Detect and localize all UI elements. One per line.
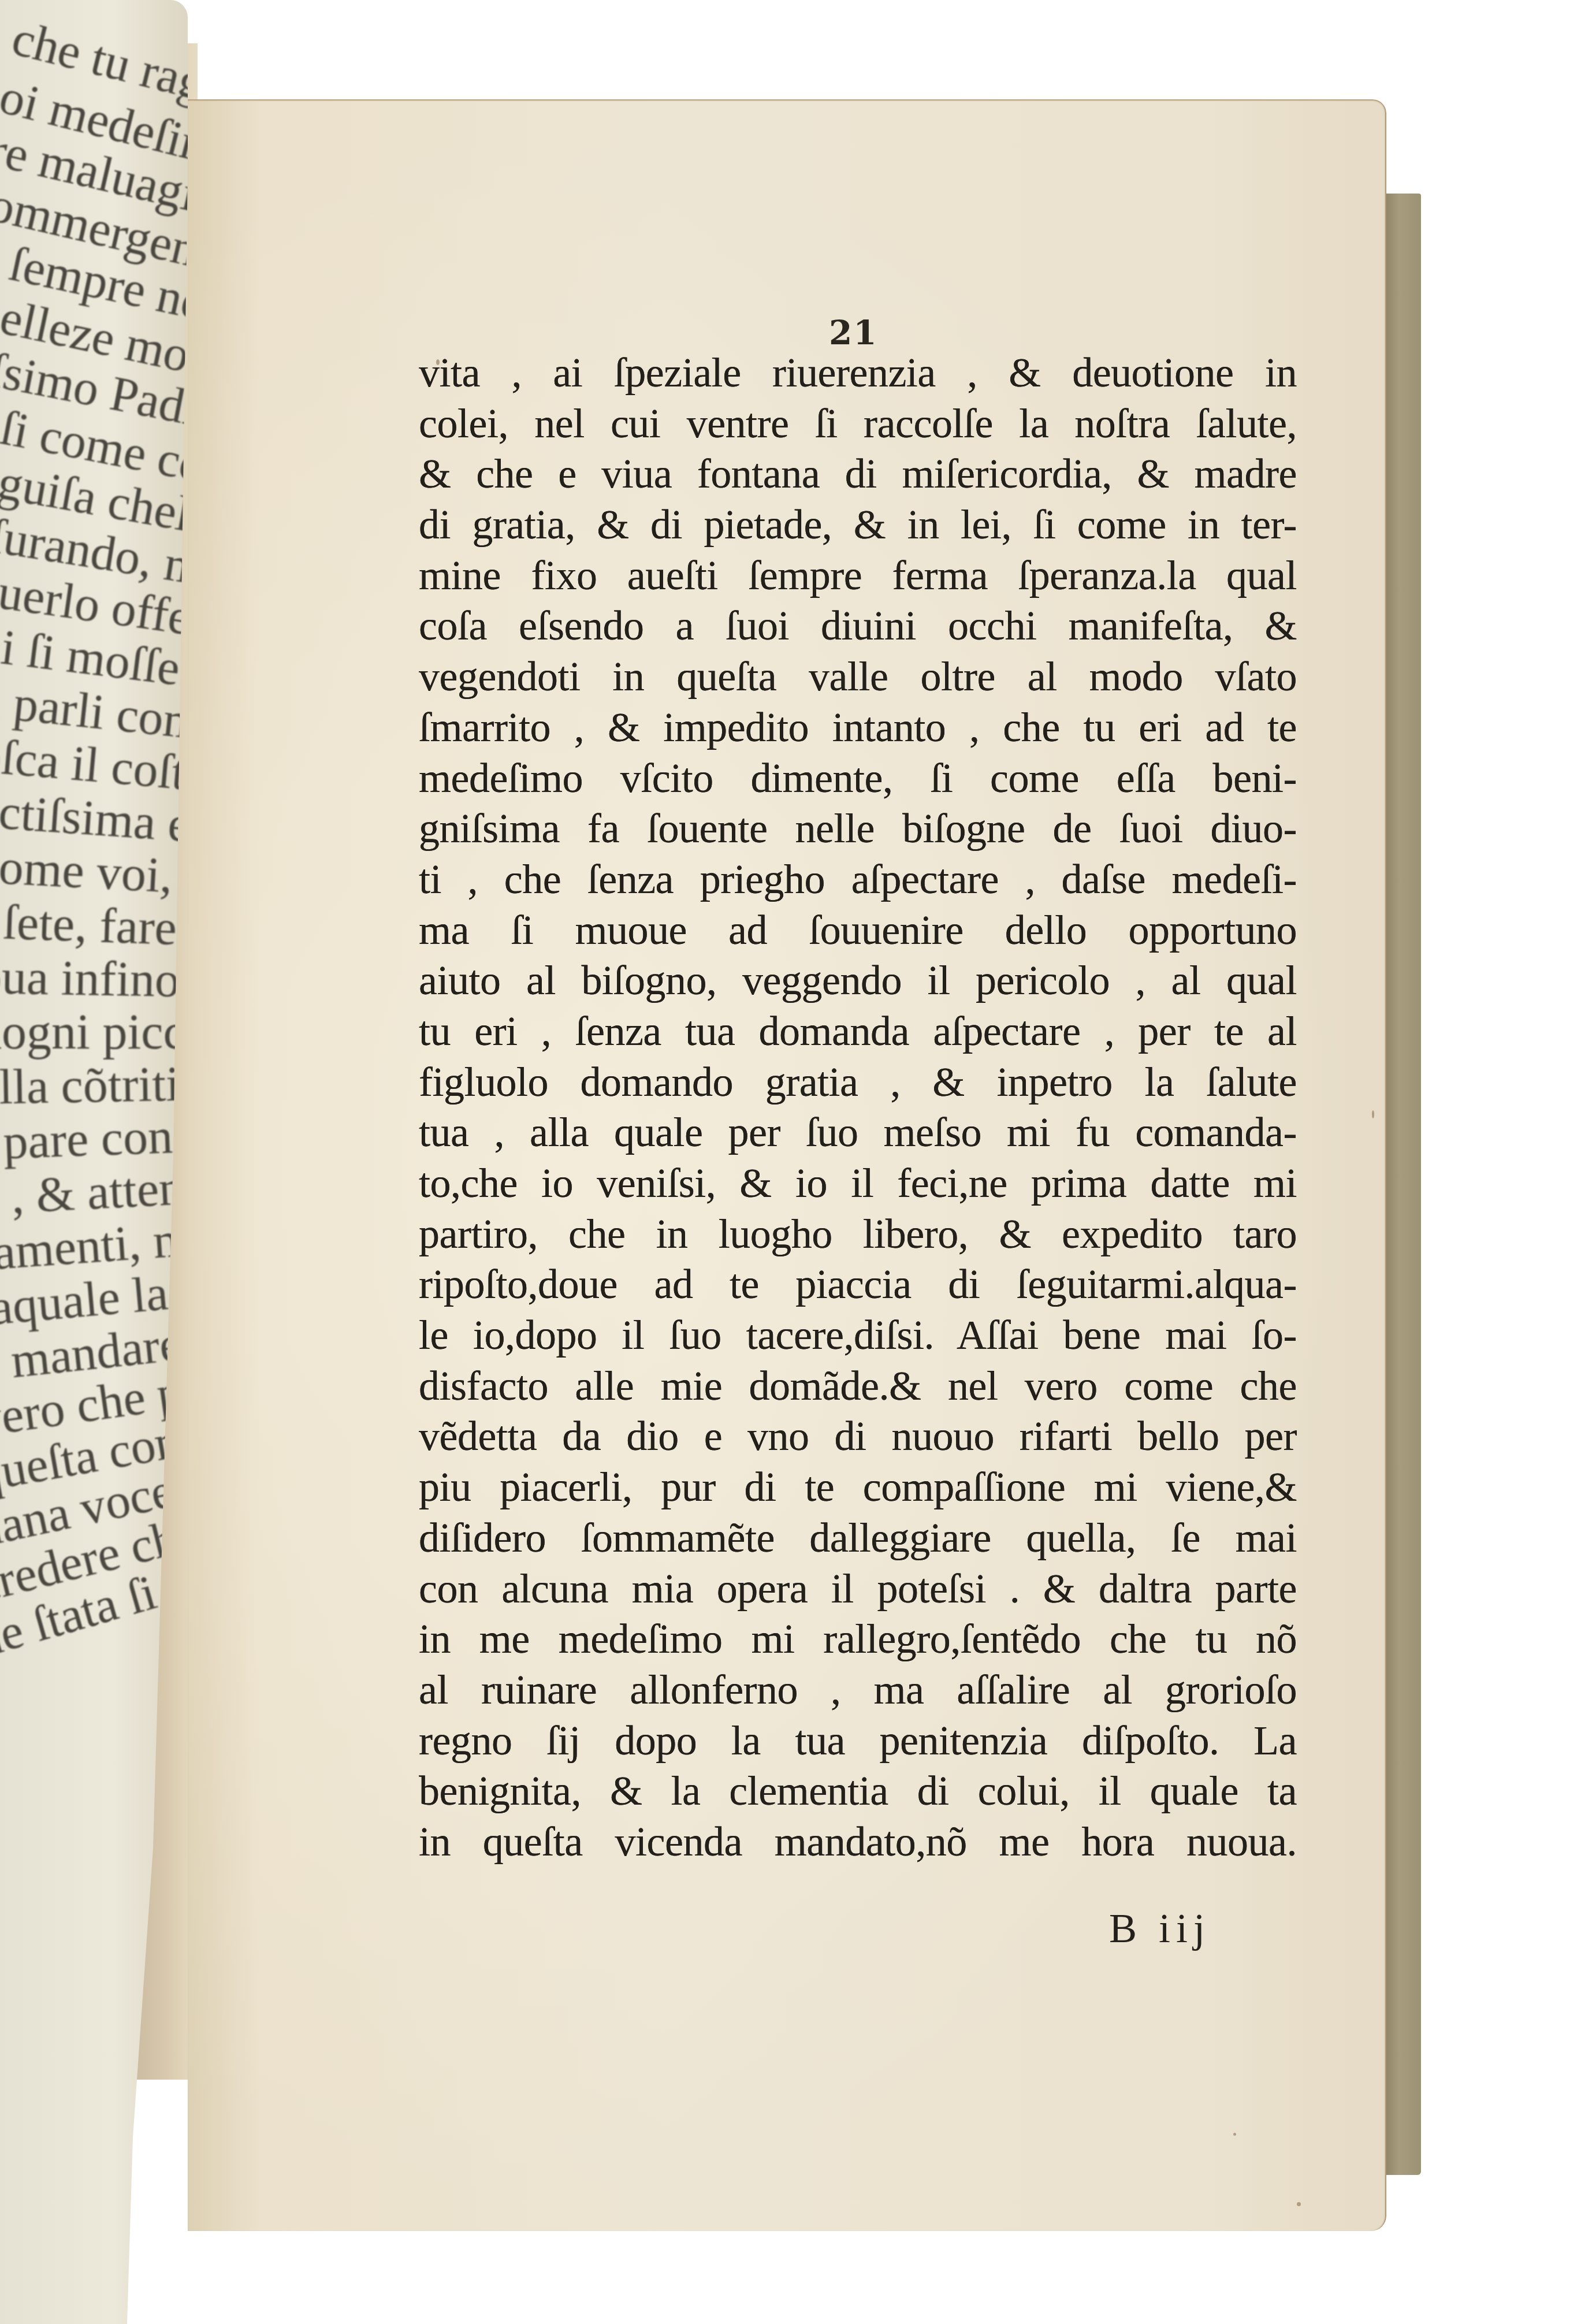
text-line: le io,dopo il ſuo tacere,diſsi. Aſſai be…: [419, 1310, 1297, 1361]
signature-mark: B iij: [1109, 1905, 1211, 1953]
facing-line: dogni piccola: [0, 1004, 188, 1059]
text-line: figluolo domando gratia , & inpetro la ſ…: [419, 1057, 1297, 1108]
paper-speck: [436, 359, 440, 365]
facing-line: i ſete, fare:nellen: [0, 893, 188, 957]
text-line: di gratia, & di pietade, & in lei, ſi co…: [419, 500, 1297, 551]
text-line: vẽdetta da dio e vno di nuouo rifarti be…: [419, 1411, 1297, 1462]
text-line: aiuto al biſogno, veggendo il pericolo ,…: [419, 955, 1297, 1006]
text-line: gniſsima fa ſouente nelle biſogne de ſuo…: [419, 804, 1297, 854]
facing-line: ella cõtritione: [0, 1055, 188, 1115]
page-number: 21: [829, 313, 878, 352]
text-line: con alcuna mia opera il poteſsi . & dalt…: [419, 1564, 1297, 1615]
text-line: diſidero ſommamẽte dalleggiare quella, ſ…: [419, 1513, 1297, 1564]
facing-line: oua infino ad ta: [0, 949, 188, 1008]
paper-speck: [1297, 2202, 1301, 2206]
text-line: vita , ai ſpeziale riuerenzia , & deuoti…: [419, 348, 1297, 399]
text-line: regno ſij dopo la tua penitenzia diſpoſt…: [419, 1716, 1297, 1767]
text-line: colei, nel cui ventre ſi raccolſe la noſ…: [419, 399, 1297, 449]
text-line: disfacto alle mie domãde.& nel vero come…: [419, 1361, 1297, 1412]
text-line: to,che io veniſsi, & io il feci,ne prima…: [419, 1158, 1297, 1209]
text-line: benignita, & la clementia di colui, il q…: [419, 1766, 1297, 1817]
text-line: al ruinare allonferno , ma aſſalire al g…: [419, 1665, 1297, 1716]
facing-page-text: , che tu ragiona noi medeſimi non tre ma…: [0, 6, 188, 1669]
text-line: partiro, che in luogho libero, & expedit…: [419, 1209, 1297, 1260]
paper-speck: [1372, 1110, 1374, 1118]
text-line: in queſta vicenda mandato,nõ me hora nuo…: [419, 1817, 1297, 1868]
text-line: piu piacerli, pur di te compaſſione mi v…: [419, 1462, 1297, 1513]
text-line: vegendoti in queſta valle oltre al modo …: [419, 652, 1297, 702]
text-line: ſmarrito , & impedito intanto , che tu e…: [419, 702, 1297, 753]
book-back-cover: [1385, 194, 1421, 2175]
paper-speck: [1233, 2133, 1236, 2136]
text-line: tu eri , ſenza tua domanda aſpectare , p…: [419, 1006, 1297, 1057]
text-line: & che e viua fontana di miſericordia, & …: [419, 449, 1297, 500]
text-line: ti , che ſenza priegho aſpectare , daſse…: [419, 854, 1297, 905]
text-line: tua , alla quale per ſuo meſso mi fu com…: [419, 1107, 1297, 1158]
text-line: coſa eſsendo a ſuoi diuini occhi manifeſ…: [419, 601, 1297, 652]
text-line: medeſimo vſcito dimente, ſi come eſſa be…: [419, 753, 1297, 804]
text-line: in me medeſimo mi rallegro,ſentẽdo che t…: [419, 1614, 1297, 1665]
text-line: mine fixo aueſti ſempre ferma ſperanza.l…: [419, 551, 1297, 601]
text-line: ripoſto,doue ad te piaccia di ſeguitarmi…: [419, 1259, 1297, 1310]
page-text-block: vita , ai ſpeziale riuerenzia , & deuoti…: [419, 348, 1297, 1868]
book-page-right: 21 vita , ai ſpeziale riuerenzia , & deu…: [188, 99, 1386, 2231]
text-line: ma ſi muoue ad ſouuenire dello opportuno: [419, 905, 1297, 956]
